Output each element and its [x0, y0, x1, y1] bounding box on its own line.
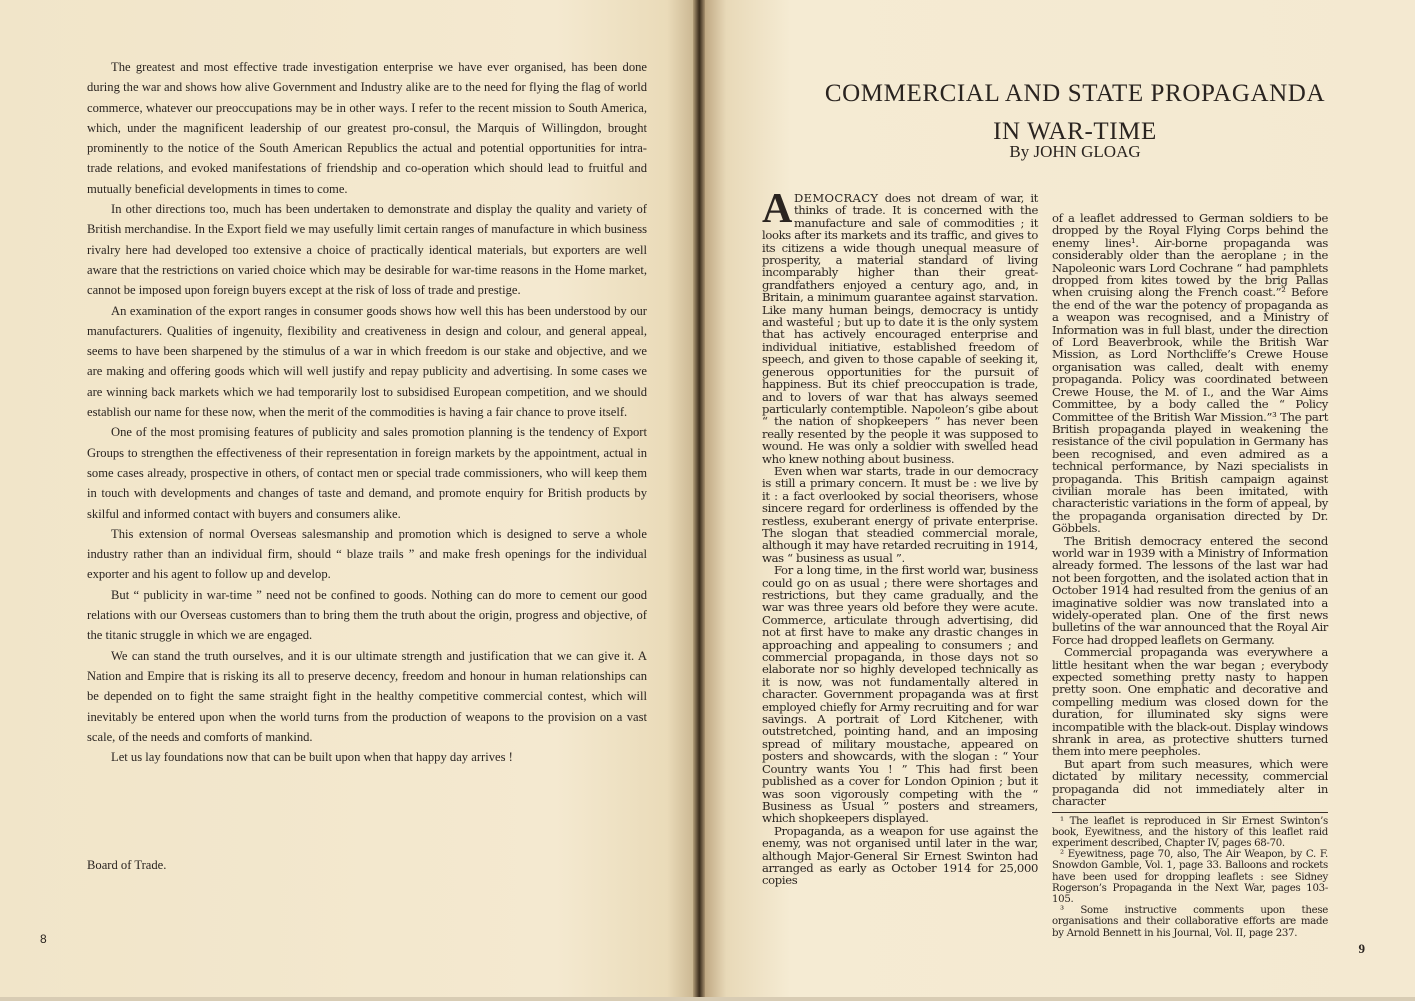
footnote: ³ Some instructive comments upon these o…	[1052, 905, 1328, 939]
opening-paragraph: ADEMOCRACY does not dream of war, it thi…	[762, 192, 1038, 465]
right-page: COMMERCIAL AND STATE PROPAGANDA IN WAR-T…	[705, 0, 1415, 1001]
page-bottom-edge	[0, 997, 1415, 1001]
paragraph: Let us lay foundations now that can be b…	[87, 747, 647, 767]
paragraph: This extension of normal Overseas salesm…	[87, 524, 647, 585]
byline: By JOHN GLOAG	[765, 142, 1385, 162]
drop-cap: A	[762, 194, 792, 224]
paragraph: But apart from such measures, which were…	[1052, 758, 1328, 808]
paragraph: An examination of the export ranges in c…	[87, 301, 647, 423]
paragraph: of a leaflet addressed to German soldier…	[1052, 212, 1328, 535]
article-columns: ADEMOCRACY does not dream of war, it thi…	[762, 192, 1329, 892]
footnote-rule	[1052, 812, 1328, 813]
paragraph: Commercial propaganda was everywhere a l…	[1052, 646, 1328, 758]
paragraph: For a long time, in the first world war,…	[762, 564, 1038, 825]
page-number-right: 9	[1359, 941, 1366, 957]
paragraph: The greatest and most effective trade in…	[87, 57, 647, 199]
book-gutter	[693, 0, 705, 1001]
column-2: of a leaflet addressed to German soldier…	[1052, 212, 1328, 939]
paragraph: The British democracy entered the second…	[1052, 535, 1328, 647]
article-title: COMMERCIAL AND STATE PROPAGANDA IN WAR-T…	[765, 75, 1385, 151]
paragraph: But “ publicity in war-time ” need not b…	[87, 585, 647, 646]
signoff: Board of Trade.	[87, 858, 166, 873]
page-number-left: 8	[40, 932, 47, 946]
paragraph: We can stand the truth ourselves, and it…	[87, 646, 647, 747]
paragraph: Propaganda, as a weapon for use against …	[762, 825, 1038, 887]
left-page: The greatest and most effective trade in…	[0, 0, 695, 1001]
left-page-body: The greatest and most effective trade in…	[87, 57, 647, 767]
book-spread: The greatest and most effective trade in…	[0, 0, 1415, 1001]
footnotes: ¹ The leaflet is reproduced in Sir Ernes…	[1052, 816, 1328, 939]
column-1: ADEMOCRACY does not dream of war, it thi…	[762, 192, 1038, 887]
footnote: ¹ The leaflet is reproduced in Sir Ernes…	[1052, 816, 1328, 850]
footnote: ² Eyewitness, page 70, also, The Air Wea…	[1052, 849, 1328, 905]
title-line-1: COMMERCIAL AND STATE PROPAGANDA	[765, 75, 1385, 113]
paragraph: In other directions too, much has been u…	[87, 199, 647, 300]
opening-text: does not dream of war, it thinks of trad…	[762, 191, 1038, 466]
paragraph: One of the most promising features of pu…	[87, 422, 647, 523]
paragraph: Even when war starts, trade in our democ…	[762, 465, 1038, 564]
